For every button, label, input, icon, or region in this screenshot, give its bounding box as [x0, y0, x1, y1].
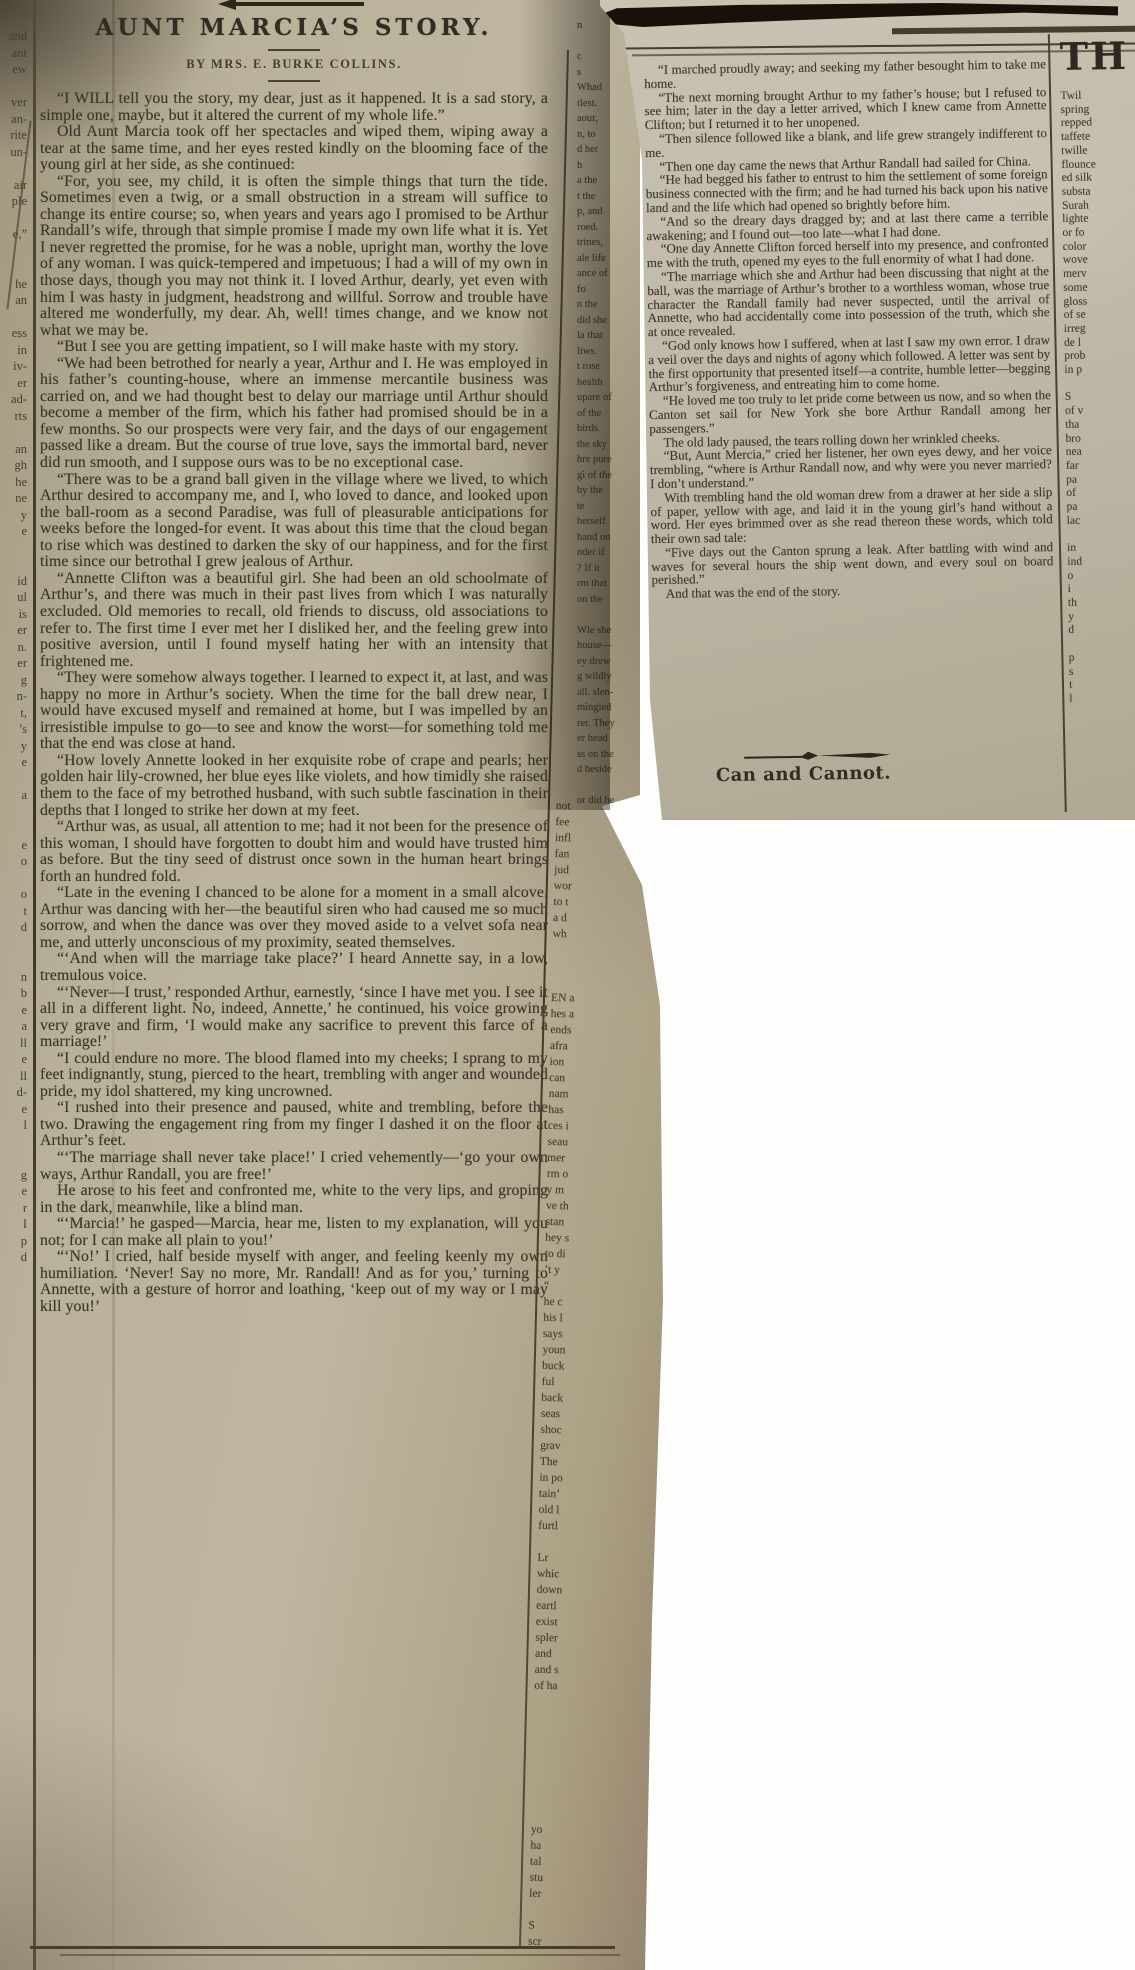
story-paragraph: “Late in the evening I chanced to be alo… — [40, 885, 548, 951]
continuation-clipping: “I marched proudly away; and seeking my … — [592, 0, 1135, 820]
continuation-paragraph: “He had begged his father to entrust to … — [646, 168, 1049, 215]
continuation-column: “I marched proudly away; and seeking my … — [644, 57, 1054, 601]
story-paragraph: “There was to be a grand ball given in t… — [40, 472, 548, 571]
page-bottom-rule-echo — [60, 1954, 620, 1956]
story-paragraph: “I WILL tell you the story, my dear, jus… — [40, 91, 548, 124]
continuation-paragraph: “God only knows how I suffered, when at … — [648, 333, 1051, 394]
adjacent-column-heading-partial: TH — [1060, 35, 1135, 78]
story-paragraph: He arose to his feet and confronted me, … — [40, 1183, 548, 1216]
clipping-shadow — [520, 0, 610, 810]
story-paragraph: “‘And when will the marriage take place?… — [40, 951, 548, 984]
arrow-ornament-top — [216, 0, 366, 11]
story-paragraph: “Annette Clifton was a beautiful girl. S… — [40, 571, 548, 670]
story-paragraph: “I could endure no more. The blood flame… — [40, 1051, 548, 1101]
continuation-paragraph: “Five days out the Canton sprung a leak.… — [651, 540, 1054, 587]
story-paragraph: “For, you see, my child, it is often the… — [40, 174, 548, 339]
story-title: AUNT MARCIA’S STORY. — [40, 14, 548, 41]
scanned-newspaper-screenshot: { "story": { "title": "AUNT MARCIA’S STO… — [0, 0, 1135, 1970]
left-edge-column-fragments: and ant ew ver an- rite un- air ple e,” … — [0, 28, 27, 1958]
story-byline: BY MRS. E. BURKE COLLINS. — [40, 57, 548, 72]
story-paragraph: “‘The marriage shall never take place!’ … — [40, 1150, 548, 1183]
story-paragraph: “How lovely Annette looked in her exquis… — [40, 753, 548, 819]
continuation-paragraph: “The next morning brought Arthur to my f… — [644, 85, 1047, 132]
story-paragraph: “I rushed into their presence and paused… — [40, 1100, 548, 1150]
story-paragraph: “‘No!’ I cried, half beside myself with … — [40, 1249, 548, 1315]
clipping-content: “I marched proudly away; and seeking my … — [591, 0, 1135, 821]
page-bottom-rule — [30, 1946, 615, 1949]
continuation-paragraph: “He loved me too truly to let pride come… — [649, 388, 1052, 435]
arrow-ornament-divider — [742, 749, 892, 764]
next-article-heading: Can and Cannot. — [602, 761, 1004, 788]
story-paragraph: “We had been betrothed for nearly a year… — [40, 356, 548, 472]
story-paragraph: “They were somehow always together. I le… — [40, 670, 548, 753]
story-paragraph: “‘Never—I trust,’ responded Arthur, earn… — [40, 985, 548, 1051]
story-column: AUNT MARCIA’S STORY. BY MRS. E. BURKE CO… — [40, 0, 548, 1315]
adjacent-right-column: TH Twil spring repped taffete twille flo… — [1060, 33, 1135, 812]
continuation-paragraph: With trembling hand the old woman drew f… — [650, 485, 1053, 546]
story-paragraph: Old Aunt Marcia took off her spectacles … — [40, 124, 548, 174]
story-paragraph: “Arthur was, as usual, all attention to … — [40, 819, 548, 885]
continuation-paragraph: “The marriage which she and Arthur had b… — [647, 264, 1050, 339]
story-paragraph: “But I see you are getting impatient, so… — [40, 339, 548, 356]
continuation-paragraph: “But, Aunt Mercia,” cried her listener, … — [650, 443, 1053, 490]
column-rule-left — [33, 0, 36, 1970]
adjacent-right-column-fragments: Twil spring repped taffete twille flounc… — [1060, 89, 1135, 707]
byline-divider — [268, 80, 320, 82]
story-paragraph: “‘Marcia!’ he gasped—Marcia, hear me, li… — [40, 1216, 548, 1249]
story-body: “I WILL tell you the story, my dear, jus… — [40, 91, 548, 1315]
title-divider — [268, 49, 320, 51]
